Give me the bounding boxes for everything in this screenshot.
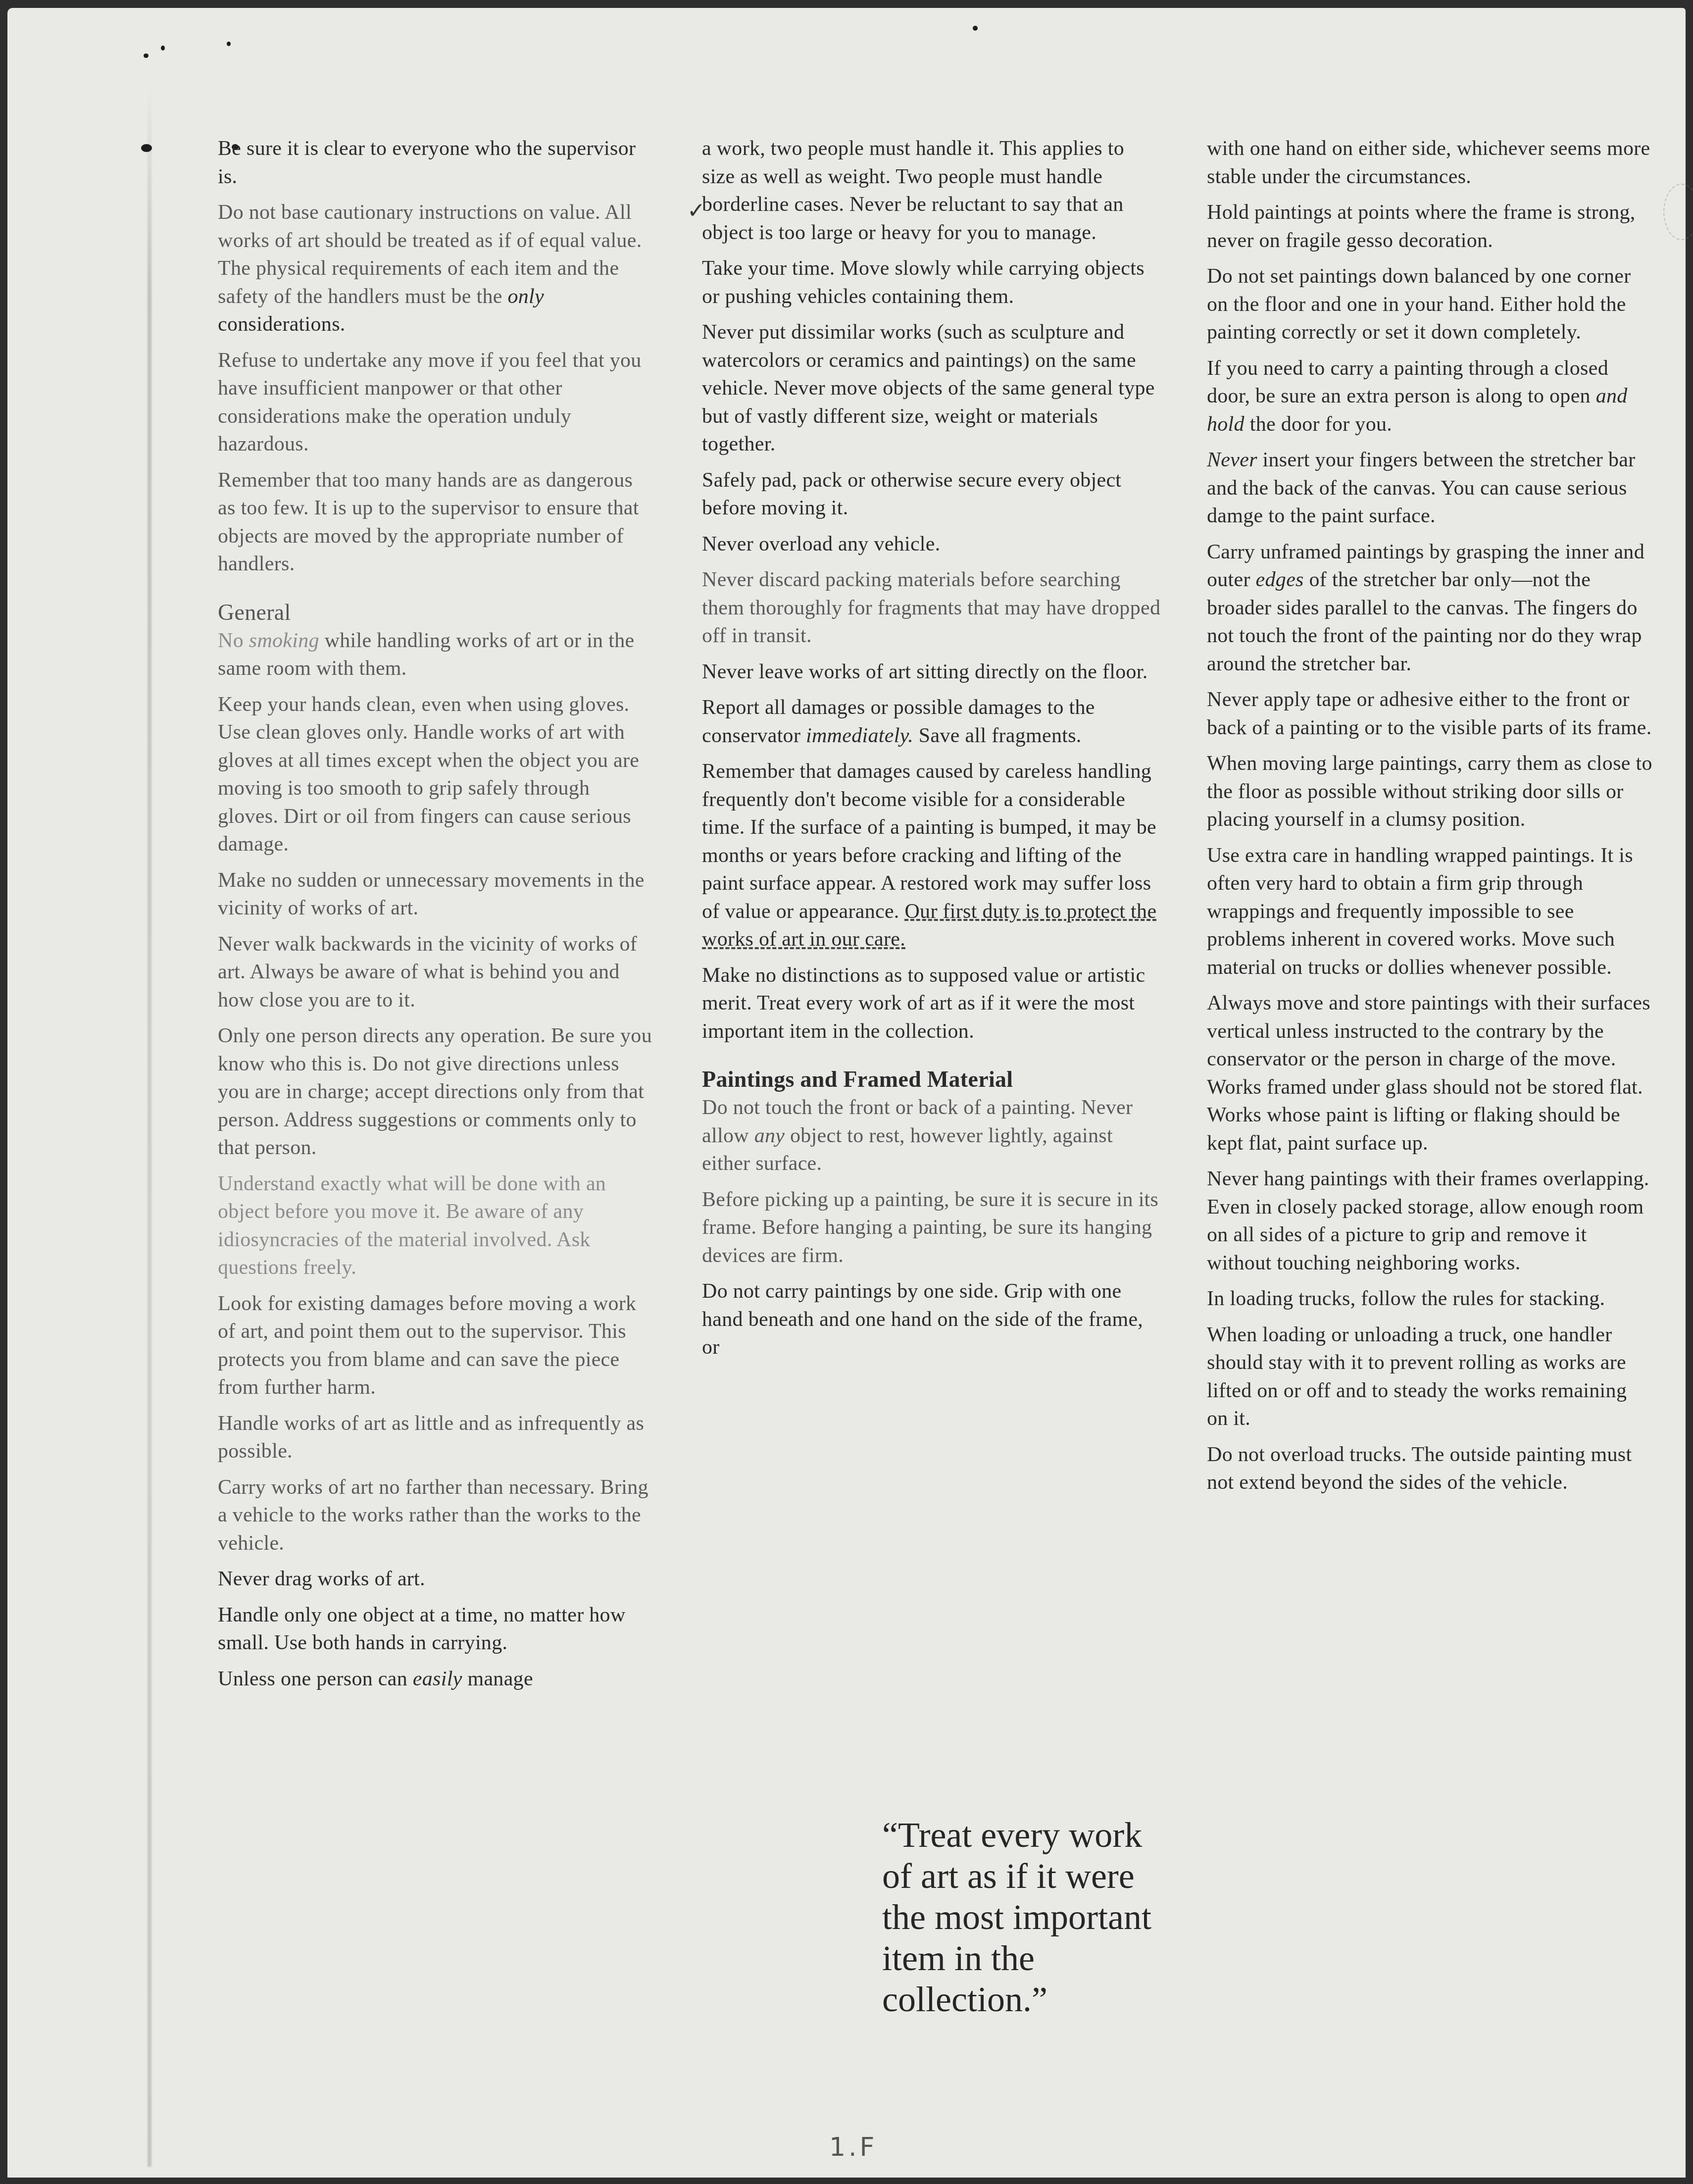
paragraph: Hold paintings at points where the frame…: [1207, 199, 1652, 254]
paragraph: Do not set paintings down balanced by on…: [1207, 262, 1652, 347]
paragraph: Do not carry paintings by one side. Grip…: [702, 1277, 1162, 1362]
paragraph: Make no distinctions as to supposed valu…: [702, 962, 1162, 1046]
paragraph: Refuse to undertake any move if you feel…: [218, 347, 653, 458]
paragraph: Never hang paintings with their frames o…: [1207, 1165, 1652, 1277]
speck: [973, 26, 978, 31]
section-heading-paintings: Paintings and Framed Material: [702, 1065, 1162, 1094]
paragraph: No smoking while handling works of art o…: [218, 627, 653, 683]
column-right: with one hand on either side, whichever …: [1207, 135, 1652, 1505]
section-heading-general: General: [218, 598, 653, 627]
paragraph: Never discard packing materials before s…: [702, 566, 1162, 650]
column-middle: a work, two people must handle it. This …: [702, 135, 1162, 1370]
copy-streak: [148, 87, 151, 2167]
emphasis: Never: [1207, 449, 1257, 471]
emphasis: smoking: [249, 629, 319, 652]
emphasis: only: [508, 285, 545, 308]
emphasis: easily: [413, 1668, 462, 1690]
ghost-circle-mark: [1663, 184, 1693, 240]
paragraph: Use extra care in handling wrapped paint…: [1207, 842, 1652, 982]
paragraph: Never overload any vehicle.: [702, 530, 1162, 559]
paragraph: If you need to carry a painting through …: [1207, 355, 1652, 439]
paragraph: Take your time. Move slowly while carryi…: [702, 254, 1162, 310]
page-number: 1.F: [829, 2133, 878, 2162]
paragraph: Report all damages or possible damages t…: [702, 694, 1162, 750]
paragraph: Do not overload trucks. The outside pain…: [1207, 1441, 1652, 1497]
paragraph: a work, two people must handle it. This …: [702, 135, 1162, 247]
column-left: Be sure it is clear to everyone who the …: [218, 135, 653, 1701]
paragraph: Do not touch the front or back of a pain…: [702, 1094, 1162, 1178]
pull-quote: “Treat every work of art as if it were t…: [882, 1815, 1179, 2020]
paragraph: Never insert your fingers between the st…: [1207, 446, 1652, 530]
paragraph: Never walk backwards in the vicinity of …: [218, 930, 653, 1015]
paragraph: Keep your hands clean, even when using g…: [218, 691, 653, 859]
staple-hole: [144, 53, 149, 58]
emphasis: edges: [1256, 568, 1304, 591]
paragraph: Only one person directs any operation. B…: [218, 1022, 653, 1162]
paragraph: Never leave works of art sitting directl…: [702, 658, 1162, 686]
paragraph: Make no sudden or unnecessary movements …: [218, 866, 653, 922]
paragraph: Handle only one object at a time, no mat…: [218, 1601, 653, 1657]
emphasis: any: [754, 1124, 785, 1147]
paragraph: Unless one person can easily manage: [218, 1665, 653, 1693]
paragraph: Handle works of art as little and as inf…: [218, 1410, 653, 1466]
paragraph: Never apply tape or adhesive either to t…: [1207, 686, 1652, 742]
staple-hole: [227, 42, 231, 46]
paragraph: Be sure it is clear to everyone who the …: [218, 135, 653, 191]
paragraph: Carry unframed paintings by grasping the…: [1207, 538, 1652, 678]
paragraph: When moving large paintings, carry them …: [1207, 750, 1652, 834]
paragraph: Carry works of art no farther than neces…: [218, 1473, 653, 1558]
paragraph: Remember that too many hands are as dang…: [218, 466, 653, 578]
paragraph: Do not base cautionary instructions on v…: [218, 199, 653, 339]
emphasis: immediately.: [806, 724, 913, 747]
staple-hole: [141, 144, 152, 152]
paragraph: In loading trucks, follow the rules for …: [1207, 1285, 1652, 1313]
paragraph-text: Remember that damages caused by careless…: [702, 760, 1156, 923]
paragraph: Remember that damages caused by careless…: [702, 758, 1162, 954]
paragraph: Look for existing damages before moving …: [218, 1290, 653, 1402]
paragraph: Before picking up a painting, be sure it…: [702, 1186, 1162, 1270]
paragraph: Always move and store paintings with the…: [1207, 989, 1652, 1157]
paragraph: Understand exactly what will be done wit…: [218, 1170, 653, 1282]
paragraph: Never put dissimilar works (such as scul…: [702, 318, 1162, 458]
paragraph: with one hand on either side, whichever …: [1207, 135, 1652, 191]
staple-hole: [161, 46, 165, 51]
paragraph: Safely pad, pack or otherwise secure eve…: [702, 466, 1162, 522]
paragraph: Never drag works of art.: [218, 1565, 653, 1593]
paragraph: When loading or unloading a truck, one h…: [1207, 1321, 1652, 1433]
